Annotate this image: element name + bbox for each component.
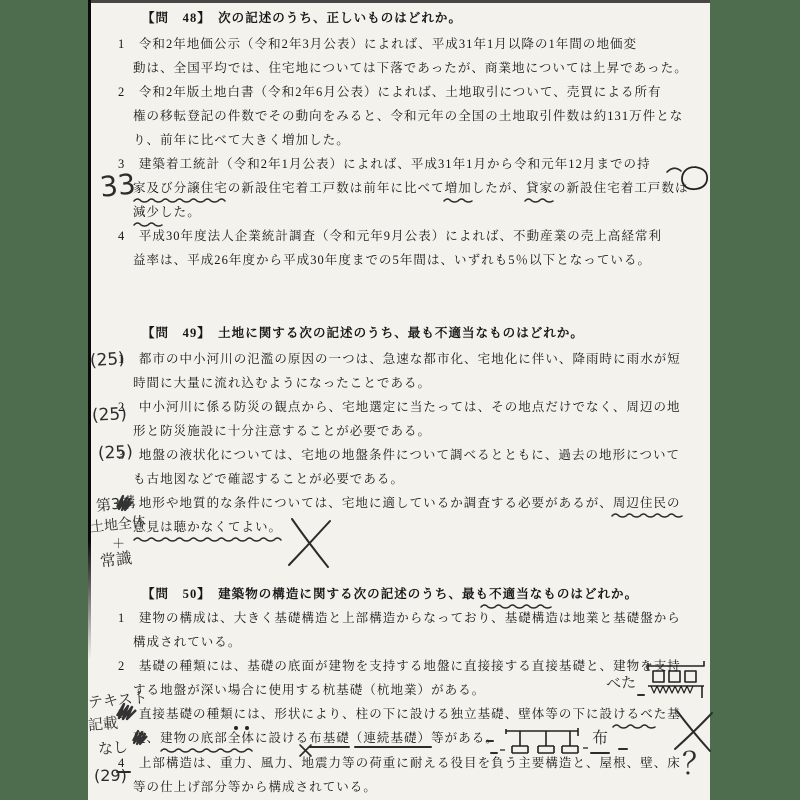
wavy-underline [133,196,229,204]
wavy-underline [524,196,557,204]
scribble-mark [115,494,135,512]
scribble-mark [115,702,139,721]
scan-left-edge [88,0,91,660]
q50-item1-line1: 1 建物の構成は、大きく基礎構造と上部構造からなっており、基礎構造は地業と基礎盤… [118,610,681,626]
q49-item3-line2: も古地図などで確認することが必要である。 [133,471,404,487]
wavy-underline [480,602,550,610]
underline [354,746,432,748]
dash-mark [490,752,498,754]
scanned-exam-page: 【問 48】 次の記述のうち、正しいものはどれか。 1 令和2年地価公示（令和2… [0,0,800,800]
wavy-underline [611,511,681,519]
q48-item2-line3: り、前年に比べて大きく増加した。 [133,132,350,148]
wavy-underline [133,220,163,228]
underline [590,752,610,754]
q49-item1-line2: 時間に大量に流れ込むようになったことである。 [133,375,431,391]
q50-item4-line1: 4 上部構造は、重力、風力、地震力等の荷重に耐える役目を負う主要構造と、屋根、壁… [118,755,681,771]
q49-item3-line1: 3 地盤の液状化については、宅地の地盤条件について調べるとともに、過去の地形につ… [118,447,680,463]
q48-header: 【問 48】 次の記述のうち、正しいものはどれか。 [142,10,462,26]
dash-mark [618,748,628,750]
q49-header: 【問 49】 土地に関する次の記述のうち、最も不適当なものはどれか。 [142,325,584,341]
q50-item3-line1: 3 直接基礎の種類には、形状により、柱の下に設ける独立基礎、壁体等の下に設けるべ… [118,706,681,722]
q48-item3-line2: 家及び分譲住宅の新設住宅着工戸数は前年に比べて増加したが、貸家の新設住宅着工戸数… [133,180,689,196]
wavy-underline [160,746,255,754]
q49-item2-line1: 2 中小河川に係る防災の観点から、宅地選定に当たっては、その地点だけでなく、周辺… [118,399,681,415]
q48-item2-line2: 権の移転登記の件数でその動向をみると、令和元年の全国の土地取引件数は約131万件… [133,108,683,124]
scan-top-edge [88,0,710,3]
emphasis-dot [245,726,249,730]
q50-item2-line1: 2 基礎の種類には、基礎の底面が建物を支持する地盤に直接接する直接基礎と、建物を… [118,658,681,674]
circle-correct-icon [680,165,710,192]
beta-foundation-label: べた [606,675,637,692]
dash-mark [486,740,494,742]
handwritten-points: (25) [92,406,128,425]
q49-item2-line2: 形と防災施設に十分注意することが必要である。 [133,423,431,439]
paper: 【問 48】 次の記述のうち、正しいものはどれか。 1 令和2年地価公示（令和2… [88,0,710,800]
wavy-underline [443,196,476,204]
scribble-mark [131,729,149,746]
textbook-note: なし [97,740,128,758]
emphasis-dot [234,726,238,730]
dash-mark [637,694,645,696]
q49-item4-line2: 意見は聴かなくてよい。 [133,519,282,535]
q48-item1-line1: 1 令和2年地価公示（令和2年3月公表）によれば、平成31年1月以降の1年間の地… [118,36,637,52]
lecture-note: 常識 [99,550,133,570]
q49-item1-line1: 1 都市の中小河川の氾濫の原因の一つは、急速な都市化、宅地化に伴い、降雨時に雨水… [118,351,681,367]
q48-item1-line2: 動は、全国平均では、住宅地については下落であったが、商業地については上昇であった… [133,60,688,76]
textbook-note: 記載 [87,716,118,734]
q48-item2-line1: 2 令和2年版土地白書（令和2年6月公表）によれば、土地取引について、売買による… [118,84,662,100]
handwritten-score: 33 [99,170,137,202]
q50-item1-line2: 構成されている。 [133,634,241,650]
handwritten-points: (25) [89,351,125,370]
strip-foundation-sketch [500,726,588,762]
q50-header: 【問 50】 建築物の構造に関する次の記述のうち、最も不適当なものはどれか。 [142,586,638,602]
nuno-foundation-label: 布 [592,730,608,746]
q48-item4-line2: 益率は、平成26年度から平成30年度までの5年間は、いずれも5％以下となっている… [133,252,651,268]
wavy-underline [612,722,654,730]
underline [309,746,350,748]
handwritten-points: (25) [98,444,134,463]
underline [116,771,131,773]
q50-item2-line2: する地盤が深い場合に使用する杭基礎（杭地業）がある。 [133,682,485,698]
x-mark-icon [286,516,332,570]
q50-item3-line2: 礎、建物の底部全体に設ける布基礎（連続基礎）等がある。 [133,730,499,746]
q50-item4-line2: 等の仕上げ部分等から構成されている。 [133,779,377,795]
wavy-underline [133,535,285,543]
q48-item4-line1: 4 平成30年度法人企業統計調査（令和元年9月公表）によれば、不動産業の売上高経… [118,228,662,244]
question-mark-annotation: ？ [682,750,712,780]
slab-foundation-sketch [646,660,708,706]
q48-item3-line3: 減少した。 [133,204,201,220]
q49-item4-line1: 4 地形や地質的な条件については、宅地に適しているか調査する必要があるが、周辺住… [118,495,681,511]
q48-item3-line1: 3 建築着工統計（令和2年1月公表）によれば、平成31年1月から令和元年12月ま… [118,156,651,172]
